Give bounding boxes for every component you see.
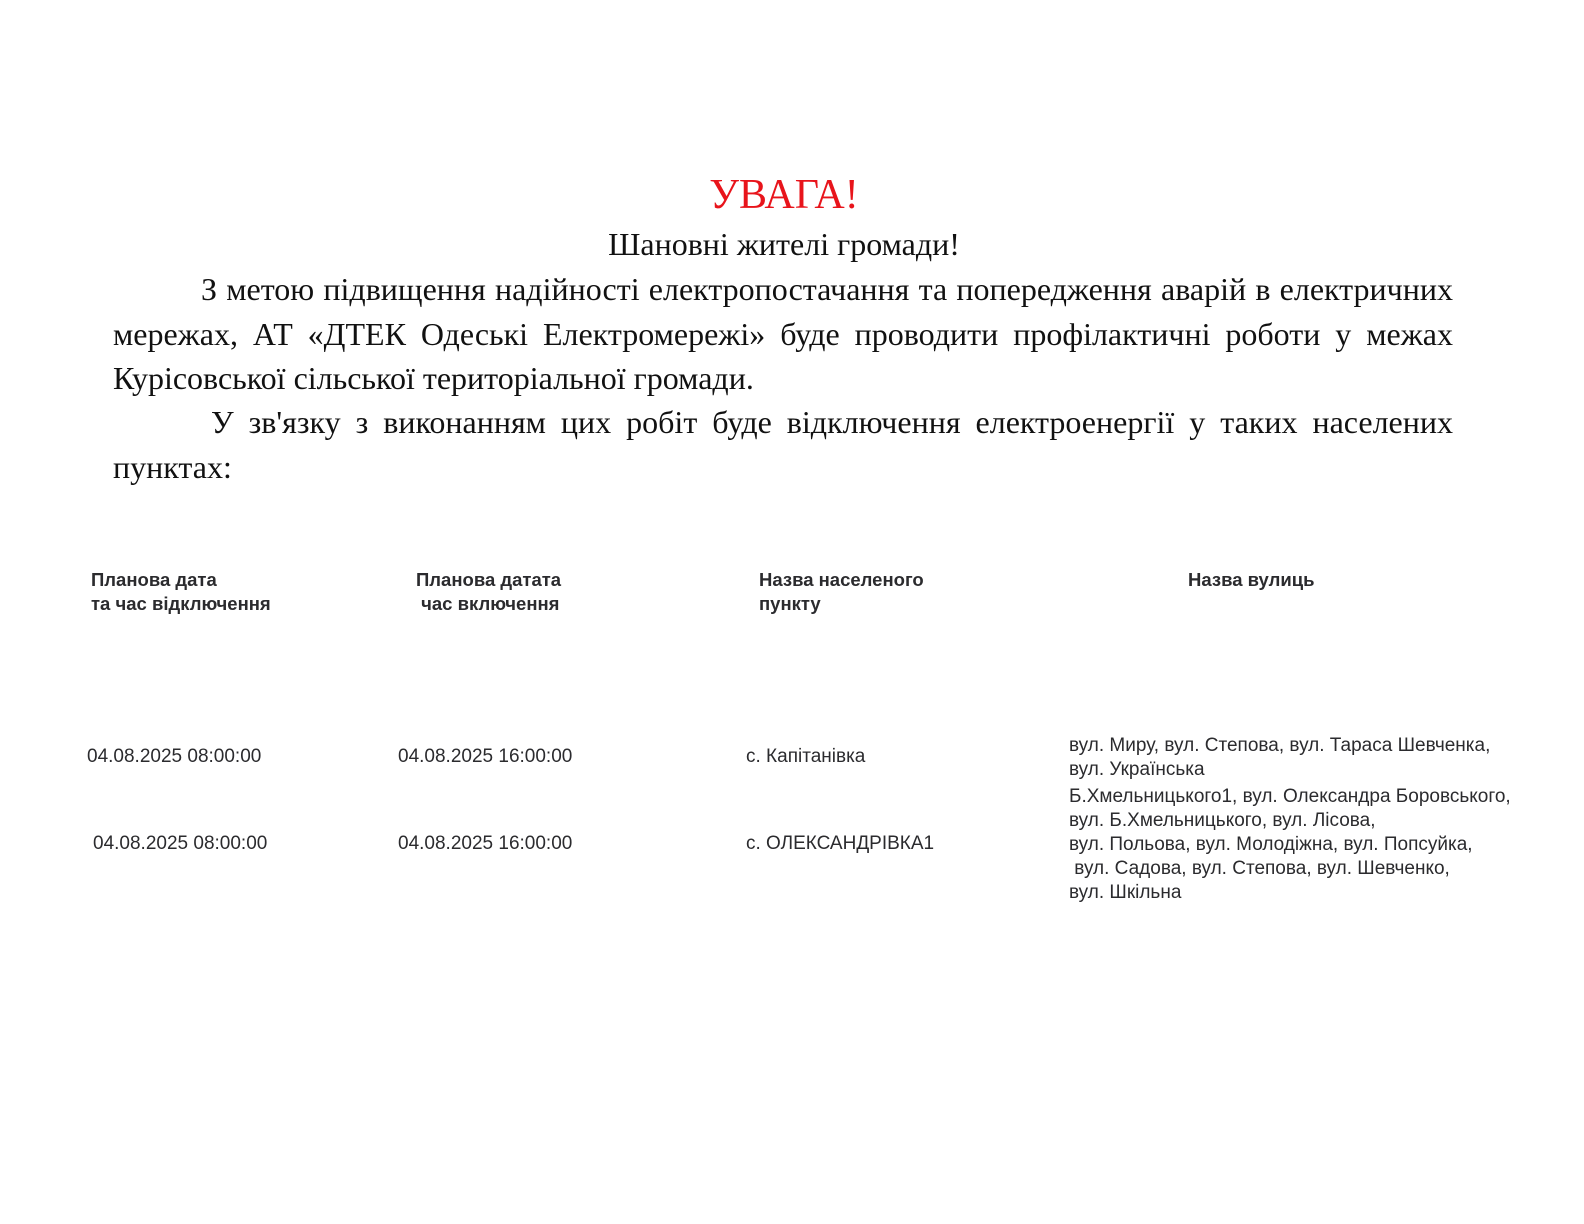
header-settlement: Назва населеного пункту (759, 568, 924, 616)
outage-start: 04.08.2025 08:00:00 (93, 832, 267, 856)
header-outage-end: Планова датата час включення (416, 568, 561, 616)
street-list: Б.Хмельницького1, вул. Олександра Боровс… (1069, 785, 1511, 905)
outage-end: 04.08.2025 16:00:00 (398, 745, 572, 769)
greeting: Шановні жителі громади! (0, 224, 1568, 264)
settlement-name: с. Капітанівка (746, 745, 865, 769)
intro-paragraph: З метою підвищення надійності електропос… (113, 267, 1453, 401)
settlement-name: с. ОЛЕКСАНДРІВКА1 (746, 832, 934, 856)
outage-end: 04.08.2025 16:00:00 (398, 832, 572, 856)
warning-title: УВАГА! (0, 170, 1568, 220)
outage-paragraph: У зв'язку з виконанням цих робіт буде ві… (113, 400, 1453, 489)
header-outage-start: Планова дата та час відключення (91, 568, 271, 616)
street-list: вул. Миру, вул. Степова, вул. Тараса Шев… (1069, 734, 1490, 782)
outage-start: 04.08.2025 08:00:00 (87, 745, 261, 769)
header-streets: Назва вулиць (1188, 568, 1314, 592)
